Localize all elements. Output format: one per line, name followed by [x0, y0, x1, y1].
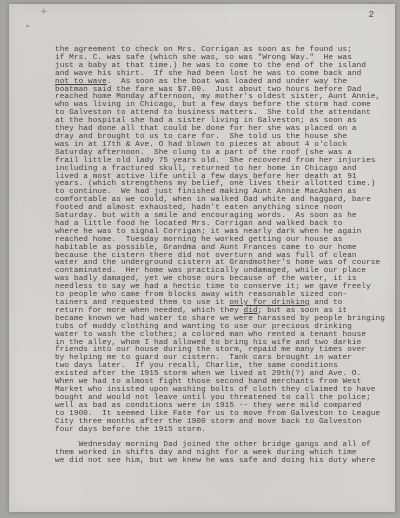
text-segment: City three months after the 1900 storm a… — [55, 418, 361, 426]
text-segment: at the hospital she had a sister living … — [55, 117, 357, 125]
text-segment: footed and almost exhausted, hadn't eate… — [55, 204, 343, 212]
paragraph: the agreement to check on Mrs. Corrigan … — [55, 47, 387, 434]
text-segment: . As soon as the boat was loaded and und… — [107, 78, 347, 86]
text-segment: needless to say we had a hectic time to … — [55, 283, 371, 291]
text-segment: who was living in Chicago, but a few day… — [55, 101, 371, 109]
text-segment: dray and brought to us to care for. She … — [55, 133, 347, 141]
pencil-mark-dot — [26, 25, 29, 27]
text-segment: habitable as possible, Grandma and Aunt … — [55, 244, 357, 252]
scanned-document: + 2 the agreement to check on Mrs. Corri… — [0, 0, 400, 518]
text-segment: was in at 17th & Ave. O had blown to pie… — [55, 141, 347, 149]
text-segment: had a little food he located Mrs. Corrig… — [55, 220, 343, 228]
text-segment: if Mrs. C. was safe (which she was, so w… — [55, 54, 352, 62]
text-segment: by helping me to guard our cistern. Tank… — [55, 354, 352, 362]
paper-sheet: + 2 the agreement to check on Mrs. Corri… — [9, 4, 395, 512]
underlined-text: did — [244, 307, 258, 315]
text-segment: in the alley, whom I had allowed to brin… — [55, 339, 361, 347]
text-segment: lived a most active life until a few day… — [55, 173, 357, 181]
text-segment: contaminated. Her home was practically u… — [55, 267, 366, 275]
text-segment: bought and would not leave until you thr… — [55, 394, 371, 402]
text-segment: boatman said the fare was $7.00. Just ab… — [55, 86, 361, 94]
text-segment: ; but as soon as it — [258, 307, 348, 315]
text-segment: including a fractured skull, returned to… — [55, 165, 357, 173]
underlined-text: not to wave — [55, 78, 107, 86]
pencil-mark-plus: + — [40, 7, 48, 17]
text-segment: two days later. If you recall, Charlie, … — [55, 362, 338, 370]
text-segment: frail little old lady 75 years old. She … — [55, 157, 376, 165]
text-segment: they had done all that could be done for… — [55, 125, 357, 133]
text-segment: Saturday afternoon. She clung to a part … — [55, 149, 352, 157]
text-segment: existed after the 1915 storm when we liv… — [55, 370, 361, 378]
text-segment: became known we had water to share we we… — [55, 315, 385, 323]
paragraph: Wednesday morning Dad joined the other b… — [55, 442, 387, 466]
text-segment: we did not see him, but we knew he was s… — [55, 457, 376, 465]
text-segment: Wednesday morning Dad joined the other b… — [55, 441, 371, 449]
text-segment: reached home. Tuesday morning he worked … — [55, 236, 343, 244]
text-segment: tainers and requested them to use it — [55, 299, 229, 307]
text-segment: When we had to almost fight those second… — [55, 378, 361, 386]
text-segment: and to — [310, 299, 343, 307]
text-segment: the agreement to check on Mrs. Corrigan … — [55, 46, 352, 54]
text-segment: years. (which strengthens my belief, one… — [55, 180, 376, 188]
text-segment: to people who came from blocks away with… — [55, 291, 347, 299]
text-segment: to Galveston to attend to business matte… — [55, 109, 371, 117]
text-line: we did not see him, but we knew he was s… — [55, 458, 387, 466]
text-segment: to continue. We had just finished making… — [55, 188, 357, 196]
text-segment: reached home Monday afternoon, my mother… — [55, 93, 380, 101]
text-segment: return for more when needed, which they — [55, 307, 244, 315]
text-segment: to 1900. It seemed like Fate for us to m… — [55, 410, 380, 418]
text-segment: them worked in shifts day and night for … — [55, 449, 357, 457]
text-segment: Saturday. but with a smile and encouragi… — [55, 212, 357, 220]
text-segment: because the cistern there did not overtu… — [55, 252, 357, 260]
text-segment: well as bad as conditions were in 1915 -… — [55, 402, 361, 410]
text-segment: was badly damaged, yet we chose ours bec… — [55, 275, 357, 283]
document-body: the agreement to check on Mrs. Corrigan … — [55, 47, 387, 466]
text-line: four days before the 1915 storm. — [55, 427, 387, 435]
text-segment: where he was to signal Corrigan; it was … — [55, 228, 361, 236]
text-segment: water to wash the clothes; a colored man… — [55, 331, 366, 339]
underlined-text: only for drinking — [229, 299, 309, 307]
page-number: 2 — [369, 10, 374, 20]
text-segment: tubs of muddy clothing and wanting to us… — [55, 323, 352, 331]
text-segment: just a baby at that time.) he was to com… — [55, 62, 366, 70]
text-segment: friends into our house during the storm,… — [55, 346, 366, 354]
text-segment: comfortable as we could, when in walked … — [55, 196, 371, 204]
text-segment: Market who insisted upon washing bolts o… — [55, 386, 376, 394]
text-segment: four days before the 1915 storm. — [55, 426, 206, 434]
text-segment: and wave his shirt. If she had been lost… — [55, 70, 361, 78]
text-segment: water and the underground cistern at Gra… — [55, 259, 380, 267]
